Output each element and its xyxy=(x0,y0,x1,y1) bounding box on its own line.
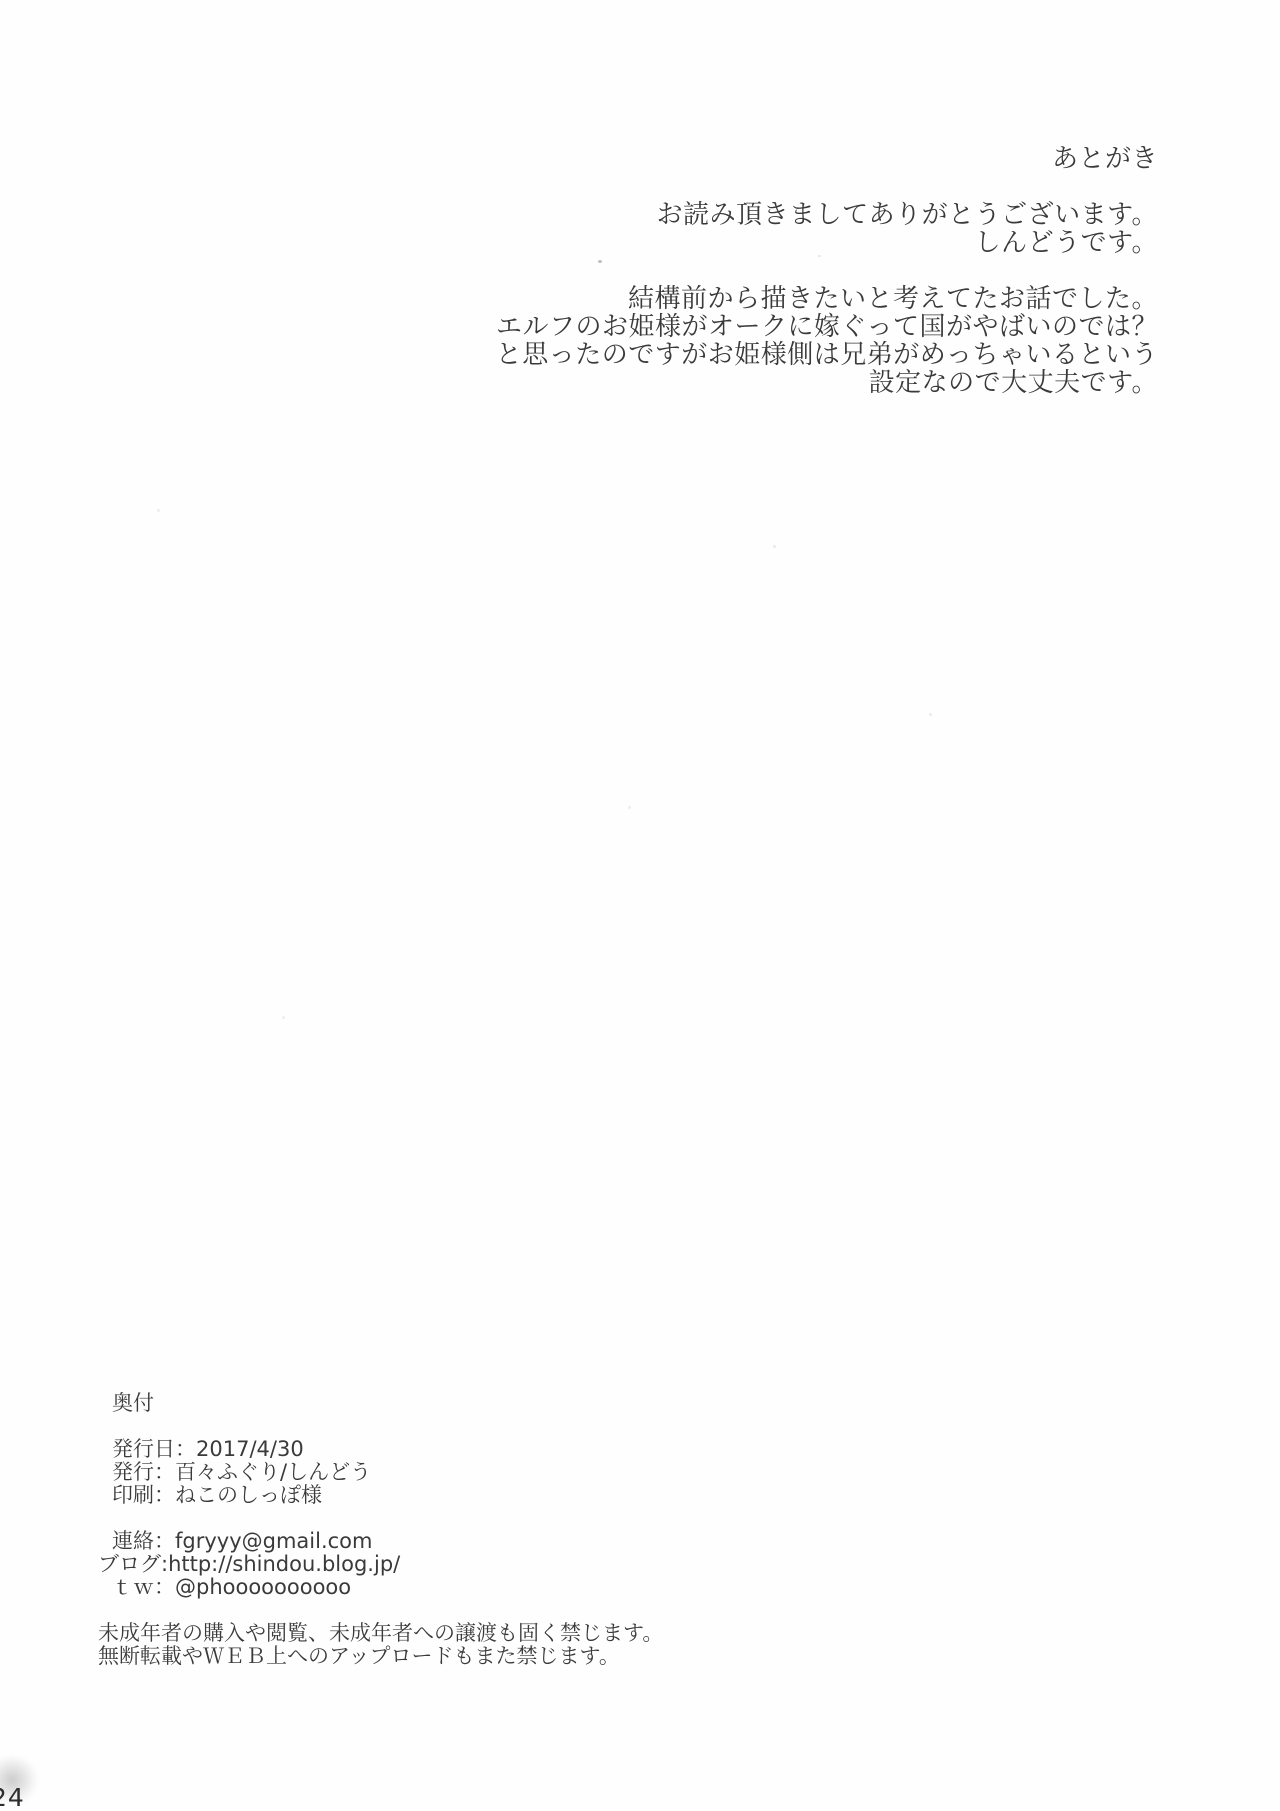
afterword-body-line: 結構前から描きたいと考えてたお話でした。 xyxy=(496,285,1158,313)
spacer xyxy=(496,173,1158,201)
colophon-block: 奥付 発行日：2017/4/30 発行：百々ふぐり/しんどう 印刷：ねこのしっぽ… xyxy=(98,1392,663,1668)
colophon-notice-line: 無断転載やＷＥＢ上へのアップロードもまた禁じます。 xyxy=(98,1645,663,1668)
scan-speck xyxy=(929,713,932,716)
afterword-block: あとがき お読み頂きましてありがとうございます。 しんどうです。 結構前から描き… xyxy=(496,145,1158,397)
colophon-notice-line: 未成年者の購入や閲覧、未成年者への譲渡も固く禁じます。 xyxy=(98,1622,663,1645)
afterword-body-line: エルフのお姫様がオークに嫁ぐって国がやばいのでは？ xyxy=(496,313,1158,341)
afterword-greeting-line: お読み頂きましてありがとうございます。 xyxy=(496,201,1158,229)
colophon-publisher: 発行：百々ふぐり/しんどう xyxy=(98,1461,663,1484)
scanned-doujin-page: あとがき お読み頂きましてありがとうございます。 しんどうです。 結構前から描き… xyxy=(0,0,1280,1811)
colophon-twitter-handle: ｔｗ：@phoooooooooo xyxy=(98,1576,663,1599)
spacer xyxy=(496,257,1158,285)
afterword-body-line: と思ったのですがお姫様側は兄弟がめっちゃいるという xyxy=(496,341,1158,369)
spacer xyxy=(98,1599,663,1622)
afterword-title: あとがき xyxy=(496,145,1158,173)
colophon-publish-date: 発行日：2017/4/30 xyxy=(98,1438,663,1461)
colophon-blog-url: ブログ:http://shindou.blog.jp/ xyxy=(98,1553,663,1576)
colophon-contact-email: 連絡：fgryyy@gmail.com xyxy=(98,1530,663,1553)
page-number: 24 xyxy=(0,1783,25,1811)
afterword-greeting-line: しんどうです。 xyxy=(496,229,1158,257)
scan-speck xyxy=(628,806,631,809)
spacer xyxy=(98,1507,663,1530)
afterword-body-line: 設定なので大丈夫です。 xyxy=(496,369,1158,397)
scan-speck xyxy=(157,509,160,512)
scan-speck xyxy=(773,545,776,548)
spacer xyxy=(98,1415,663,1438)
scan-speck xyxy=(282,1016,285,1019)
colophon-title: 奥付 xyxy=(98,1392,663,1415)
colophon-printer: 印刷：ねこのしっぽ様 xyxy=(98,1484,663,1507)
scan-speck xyxy=(818,255,821,257)
scan-speck xyxy=(598,260,602,263)
